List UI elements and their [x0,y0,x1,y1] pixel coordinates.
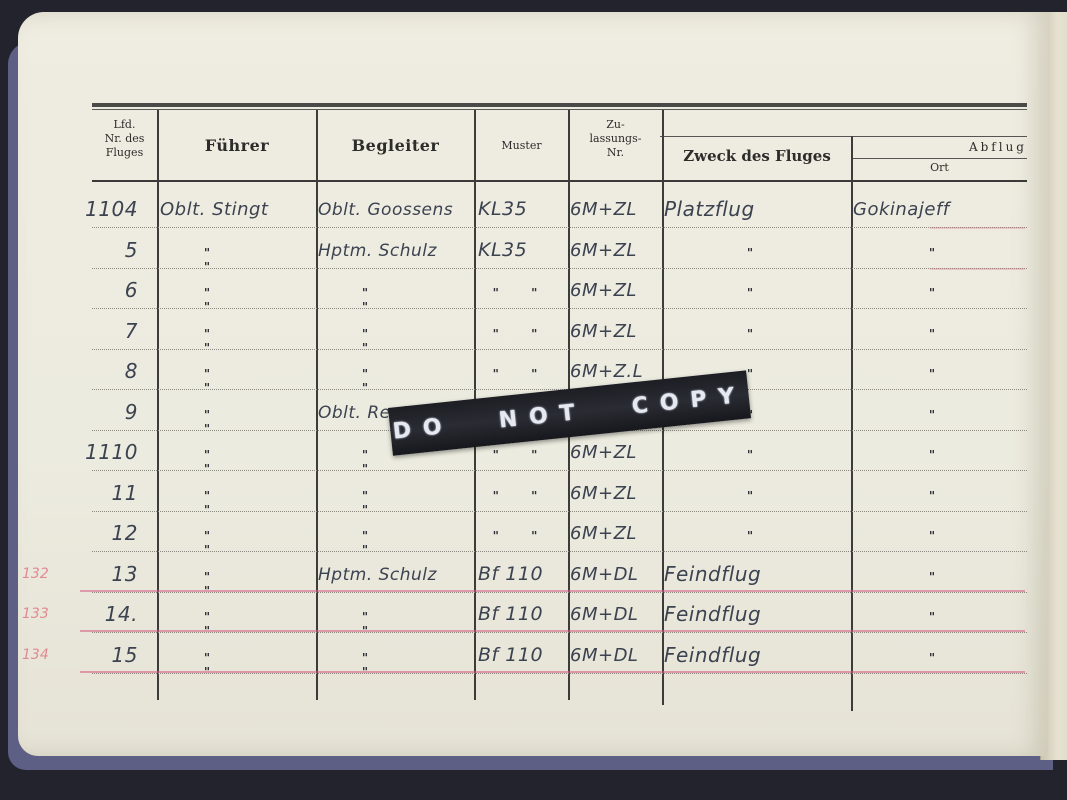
cell-nr: 12 [76,521,138,545]
cell-nr: 7 [76,319,138,343]
cell-zulassung: 6M+ZL [570,483,660,504]
cell-zulassung: 6M+ZL [570,240,660,261]
header-muster: Muster [475,139,568,153]
cell-ort: " [853,610,1025,624]
header-abflug: Abflug [852,140,1027,154]
cell-begleiter: Oblt. Goossens [318,200,472,220]
header-zulassung-line2: lassungs- [569,132,662,146]
cell-muster: KL35 [478,239,566,261]
header-zulassung-line1: Zu- [569,118,662,132]
margin-red-number: 132 [22,566,49,582]
cell-muster: " " [478,327,566,341]
cell-begleiter: " " [318,489,472,517]
cell-zulassung: 6M+DL [570,564,660,585]
cell-begleiter: " " [318,367,472,395]
cell-zulassung: 6M+DL [570,604,660,625]
header-nr: Lfd. Nr. des Fluges [92,118,157,160]
col-divider-nr [157,110,159,700]
cell-zweck: " [664,529,850,543]
cell-fuehrer: " " [160,651,314,679]
cell-zweck: Feindflug [664,643,850,667]
cell-zulassung: 6M+ZL [570,280,660,301]
cell-begleiter: " " [318,610,472,638]
cell-ort: " [853,489,1025,503]
cell-nr: 1104 [76,197,138,221]
cell-fuehrer: " " [160,610,314,638]
cell-zweck: " [664,489,850,503]
row-ruling [92,227,1027,228]
cell-begleiter: Hptm. Schulz [318,241,472,261]
cell-zulassung: 6M+ZL [570,523,660,544]
cell-begleiter: " " [318,651,472,679]
cell-fuehrer: " " [160,408,314,436]
header-rule-thick [92,103,1027,107]
header-fuehrer: Führer [158,136,316,155]
cell-begleiter: " " [318,327,472,355]
cell-zulassung: 6M+ZL [570,199,660,220]
cell-ort: Gokinajeff [853,199,1025,220]
red-pencil-trace [930,268,1025,270]
cell-fuehrer: " " [160,246,314,274]
cell-ort: " [853,448,1025,462]
abflug-subrule [852,158,1027,159]
header-nr-line2: Nr. des [92,132,157,146]
cell-ort: " [853,651,1025,665]
cell-nr: 1110 [76,440,138,464]
cell-muster: " " [478,529,566,543]
cell-nr: 14. [76,602,138,626]
header-rule-thin [92,109,1027,110]
red-pencil-underline [80,630,1025,632]
cell-zweck: Platzflug [664,197,850,221]
cell-fuehrer: Oblt. Stingt [160,199,314,220]
cell-muster: Bf 110 [478,603,566,625]
header-zweck: Zweck des Fluges [663,147,851,165]
header-ort: Ort [852,161,1027,175]
cell-zulassung: 6M+ZL [570,442,660,463]
red-pencil-underline [80,590,1025,592]
cell-muster: " " [478,489,566,503]
cell-fuehrer: " " [160,529,314,557]
red-pencil-underline [80,671,1025,673]
cell-fuehrer: " " [160,286,314,314]
cell-ort: " [853,286,1025,300]
cell-muster: " " [478,286,566,300]
header-rule-bottom [92,180,1027,182]
cell-begleiter: " " [318,529,472,557]
cell-muster: " " [478,367,566,381]
header-zulassung-line3: Nr. [569,146,662,160]
col-divider-zweck [851,136,853,711]
cell-ort: " [853,570,1025,584]
margin-red-number: 133 [22,606,49,622]
red-pencil-trace [930,227,1025,229]
cell-nr: 9 [76,400,138,424]
header-begleiter: Begleiter [317,136,474,155]
header-nr-line3: Fluges [92,146,157,160]
cell-fuehrer: " " [160,448,314,476]
header-zulassung: Zu- lassungs- Nr. [569,118,662,160]
cell-muster: " " [478,448,566,462]
cell-zweck: " [664,327,850,341]
cell-fuehrer: " " [160,570,314,598]
cell-zweck: " [664,286,850,300]
cell-fuehrer: " " [160,489,314,517]
cell-zulassung: 6M+Z.L [570,361,660,382]
cell-zulassung: 6M+ZL [570,321,660,342]
cell-nr: 8 [76,359,138,383]
cell-ort: " [853,246,1025,260]
cell-zulassung: 6M+DL [570,645,660,666]
header-nr-line1: Lfd. [92,118,157,132]
cell-nr: 6 [76,278,138,302]
cell-ort: " [853,408,1025,422]
margin-red-number: 134 [22,647,49,663]
cell-ort: " [853,367,1025,381]
cell-ort: " [853,327,1025,341]
cell-nr: 5 [76,238,138,262]
cell-zweck: Feindflug [664,602,850,626]
cell-nr: 11 [76,481,138,505]
cell-ort: " [853,529,1025,543]
cell-fuehrer: " " [160,327,314,355]
cell-zweck: " [664,246,850,260]
cell-begleiter: " " [318,286,472,314]
cell-fuehrer: " " [160,367,314,395]
header-subrule [660,136,1027,137]
cell-muster: Bf 110 [478,644,566,666]
cell-nr: 13 [76,562,138,586]
cell-muster: Bf 110 [478,563,566,585]
cell-begleiter: Hptm. Schulz [318,565,472,585]
cell-nr: 15 [76,643,138,667]
cell-zweck: " [664,448,850,462]
cell-muster: KL35 [478,198,566,220]
cell-zweck: Feindflug [664,562,850,586]
